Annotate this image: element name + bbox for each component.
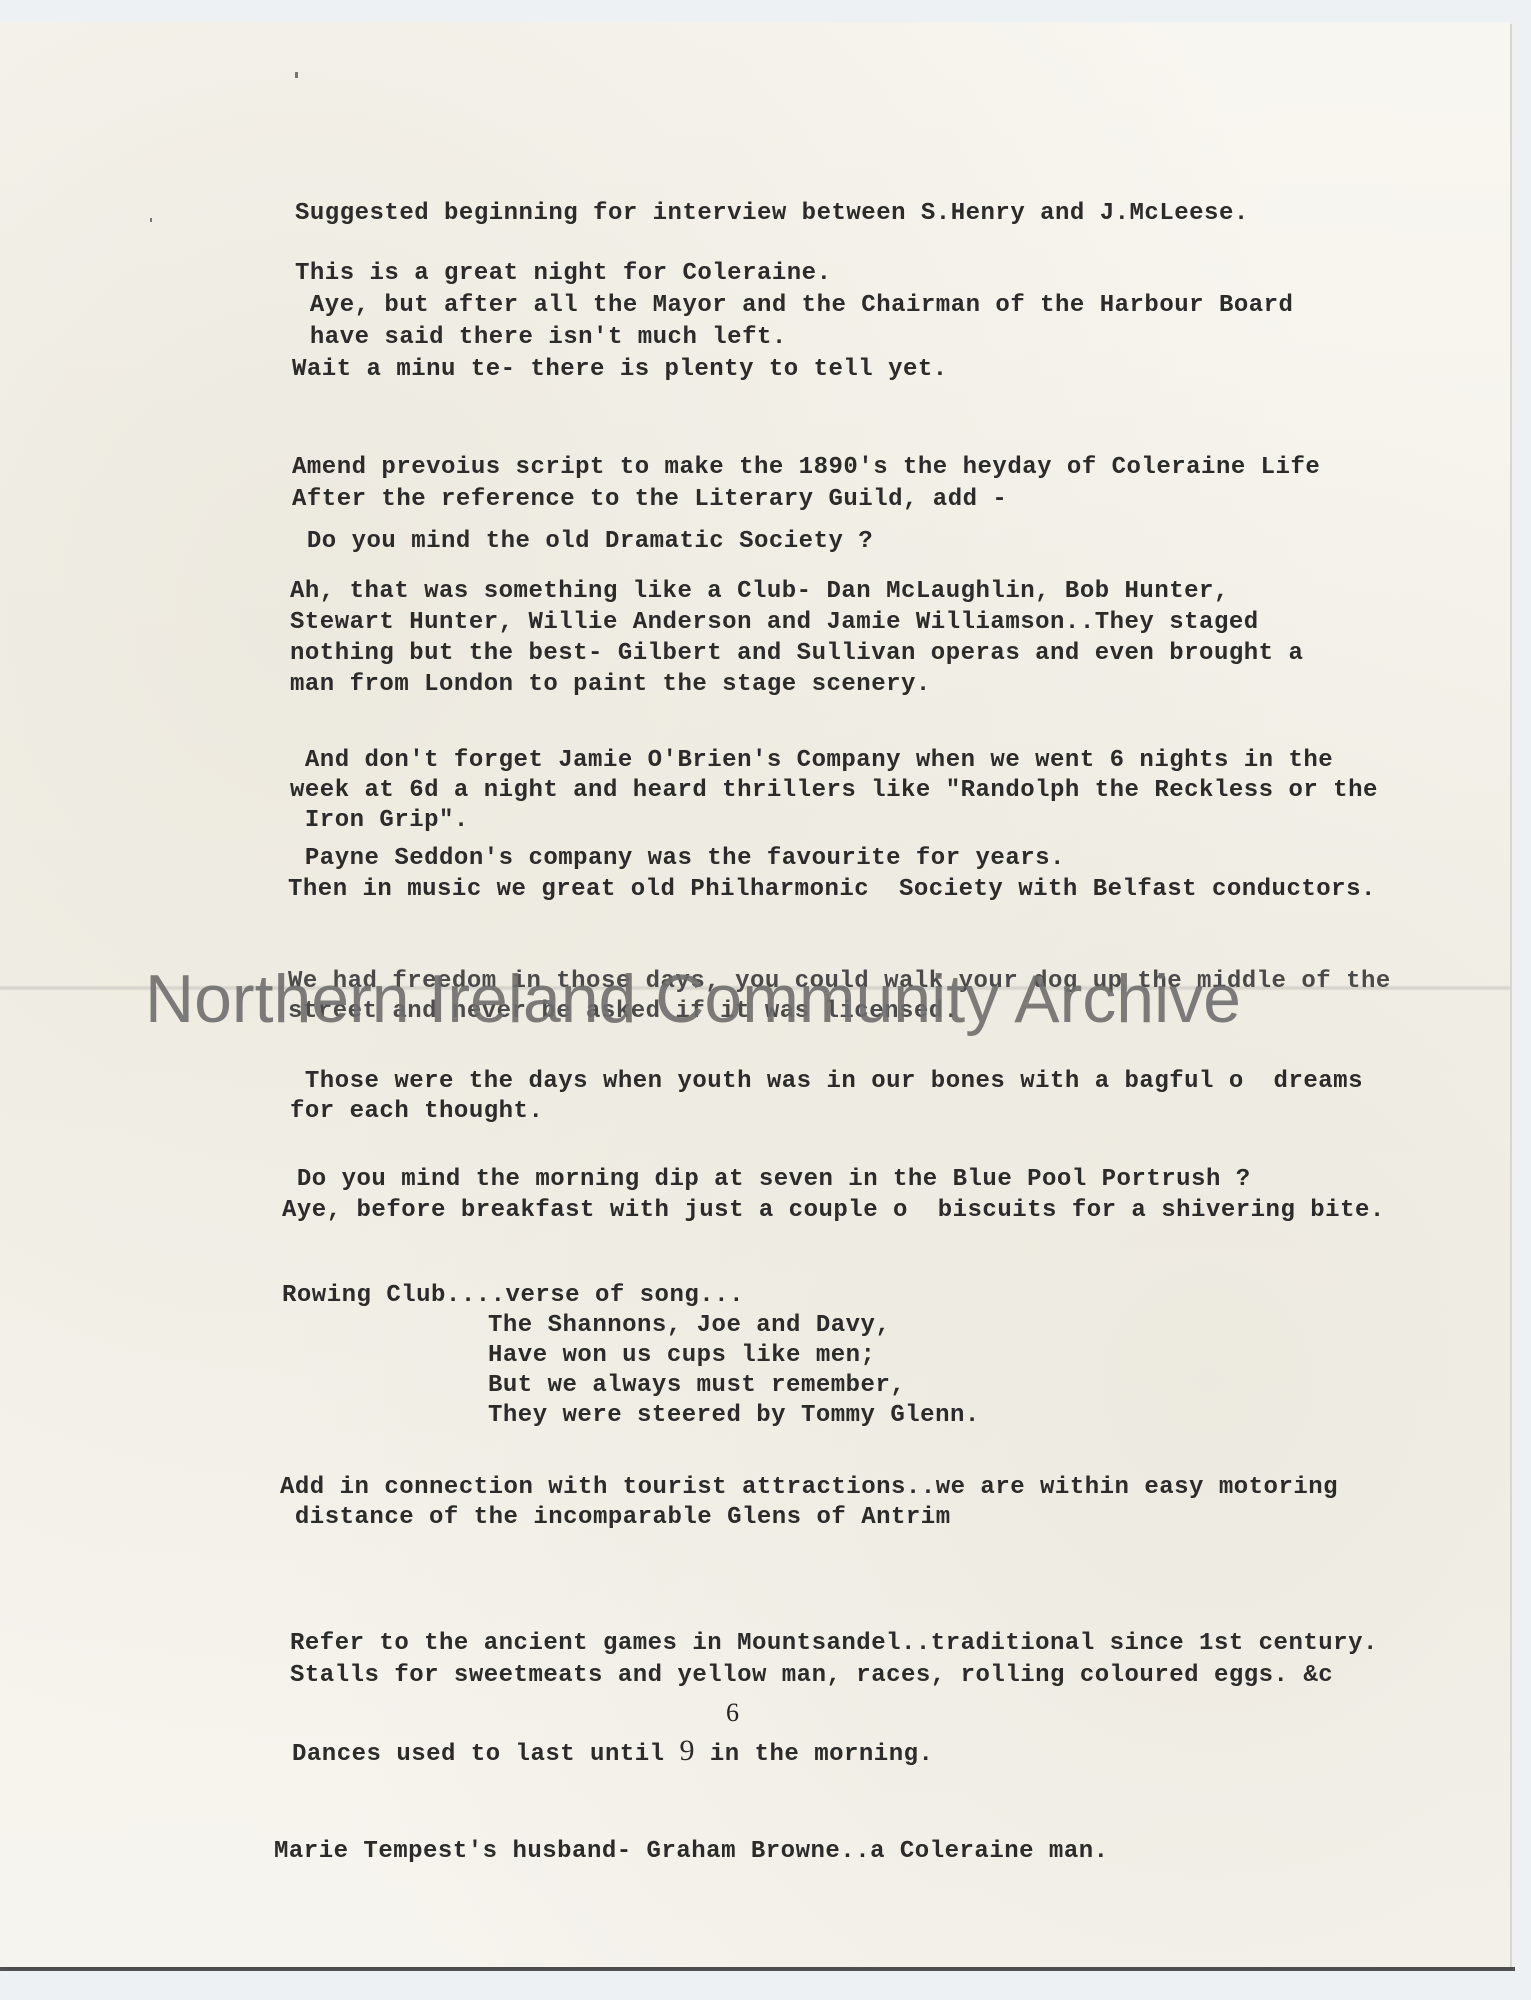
dialogue-line: have said there isn't much left. bbox=[295, 324, 787, 351]
dances-text-after: in the morning. bbox=[695, 1741, 933, 1768]
dialogue-line: Iron Grip". bbox=[290, 807, 469, 834]
dialogue-line: Aye, before breakfast with just a couple… bbox=[282, 1197, 1385, 1224]
song-verse-line: But we always must remember, bbox=[488, 1372, 905, 1399]
instruction-line: Stalls for sweetmeats and yellow man, ra… bbox=[290, 1662, 1333, 1689]
song-verse-line: Have won us cups like men; bbox=[488, 1342, 875, 1369]
dialogue-line: Ah, that was something like a Club- Dan … bbox=[290, 578, 1229, 605]
instruction-line: Rowing Club....verse of song... bbox=[282, 1282, 744, 1309]
document-title: Suggested beginning for interview betwee… bbox=[295, 200, 1249, 227]
struck-number: 9 bbox=[679, 1734, 695, 1767]
dialogue-line: And don't forget Jamie O'Brien's Company… bbox=[290, 747, 1333, 774]
dialogue-line: Payne Seddon's company was the favourite… bbox=[290, 845, 1065, 872]
instruction-line: distance of the incomparable Glens of An… bbox=[280, 1504, 951, 1531]
instruction-line: Refer to the ancient games in Mountsande… bbox=[290, 1630, 1378, 1657]
dialogue-line: nothing but the best- Gilbert and Sulliv… bbox=[290, 640, 1303, 667]
dialogue-line: Wait a minu te- there is plenty to tell … bbox=[292, 356, 948, 383]
dialogue-line: Aye, but after all the Mayor and the Cha… bbox=[295, 292, 1293, 319]
dialogue-line-dances: Dances used to last until 9 in the morni… bbox=[292, 1734, 933, 1768]
dialogue-line: Those were the days when youth was in ou… bbox=[290, 1068, 1363, 1095]
dialogue-line: This is a great night for Coleraine. bbox=[295, 260, 831, 287]
paper-speck bbox=[295, 72, 298, 78]
dialogue-line: week at 6d a night and heard thrillers l… bbox=[290, 777, 1378, 804]
closing-line: Marie Tempest's husband- Graham Browne..… bbox=[274, 1838, 1109, 1865]
dialogue-line: Do you mind the old Dramatic Society ? bbox=[292, 528, 873, 555]
song-verse-line: The Shannons, Joe and Davy, bbox=[488, 1312, 890, 1339]
instruction-line: After the reference to the Literary Guil… bbox=[292, 486, 1007, 513]
dialogue-line: for each thought. bbox=[290, 1098, 543, 1125]
handwritten-correction: 6 bbox=[726, 1698, 739, 1728]
dialogue-line: Then in music we great old Philharmonic … bbox=[288, 876, 1376, 903]
dialogue-line: Do you mind the morning dip at seven in … bbox=[282, 1166, 1251, 1193]
dances-text-before: Dances used to last until bbox=[292, 1741, 679, 1768]
paper-edge-shadow bbox=[0, 1967, 1515, 1971]
dialogue-line: Stewart Hunter, Willie Anderson and Jami… bbox=[290, 609, 1259, 636]
dialogue-line: man from London to paint the stage scene… bbox=[290, 671, 931, 698]
instruction-line: Add in connection with tourist attractio… bbox=[280, 1474, 1338, 1501]
paper-speck bbox=[150, 218, 152, 222]
archive-watermark: Northern Ireland Community Archive bbox=[145, 960, 1241, 1038]
song-verse-line: They were steered by Tommy Glenn. bbox=[488, 1402, 980, 1429]
instruction-line: Amend prevoius script to make the 1890's… bbox=[292, 454, 1320, 481]
